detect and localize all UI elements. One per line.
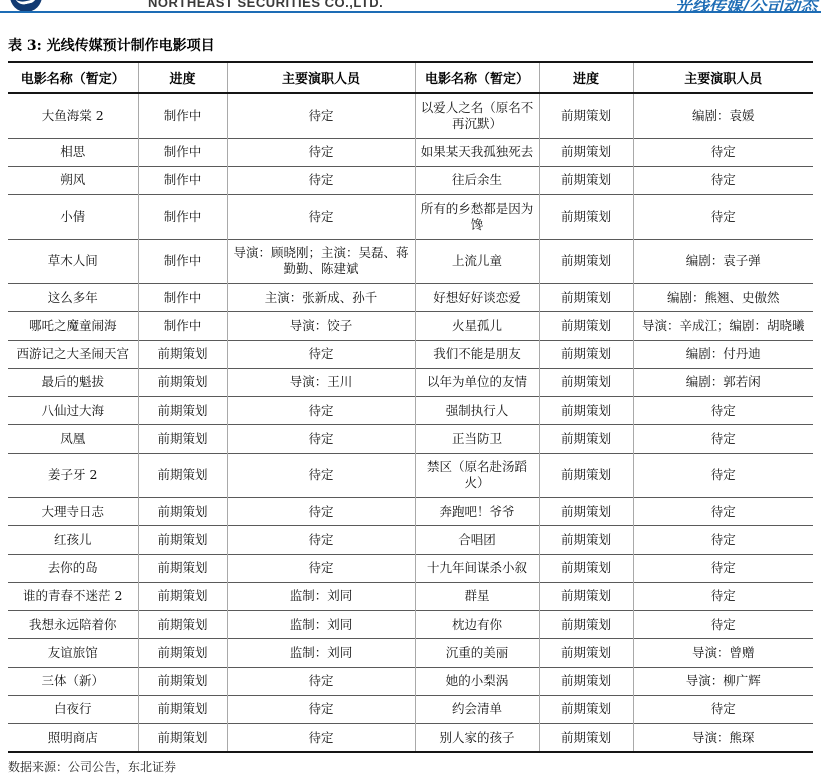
report-page: NORTHEAST SECURITIES CO.,LTD. 光线传媒/公司动态 … xyxy=(0,0,821,778)
table-cell: 最后的魁拔 xyxy=(8,368,138,396)
column-header: 进度 xyxy=(138,62,227,93)
table-cell: 草木人间 xyxy=(8,239,138,284)
table-cell: 八仙过大海 xyxy=(8,397,138,425)
table-row: 照明商店前期策划待定别人家的孩子前期策划导演：熊琛 xyxy=(8,724,813,753)
table-cell: 前期策划 xyxy=(539,425,633,453)
table-cell: 我们不能是朋友 xyxy=(415,340,539,368)
northeast-securities-globe-icon xyxy=(10,0,42,11)
table-cell: 导演：顾晓刚；主演：吴磊、蒋勤勤、陈建斌 xyxy=(227,239,415,284)
table-cell: 待定 xyxy=(633,498,813,526)
table-cell: 待定 xyxy=(227,498,415,526)
table-cell: 待定 xyxy=(633,453,813,498)
table-cell: 白夜行 xyxy=(8,695,138,723)
table-cell: 导演：曾赠 xyxy=(633,639,813,667)
table-cell: 前期策划 xyxy=(539,239,633,284)
table-cell: 前期策划 xyxy=(138,498,227,526)
table-cell: 大理寺日志 xyxy=(8,498,138,526)
table-row: 最后的魁拔前期策划导演：王川以年为单位的友情前期策划编剧：郭若闲 xyxy=(8,368,813,396)
table-cell: 西游记之大圣闹天宫 xyxy=(8,340,138,368)
table-cell: 以爱人之名（原名不再沉默） xyxy=(415,93,539,138)
table-cell: 待定 xyxy=(633,166,813,194)
table-cell: 前期策划 xyxy=(138,453,227,498)
table-cell: 监制：刘同 xyxy=(227,639,415,667)
table-cell: 姜子牙 2 xyxy=(8,453,138,498)
table-cell: 前期策划 xyxy=(539,397,633,425)
report-body: 表 3: 光线传媒预计制作电影项目 电影名称（暂定）进度主要演职人员电影名称（暂… xyxy=(0,35,821,775)
table-row: 友谊旅馆前期策划监制：刘同沉重的美丽前期策划导演：曾赠 xyxy=(8,639,813,667)
table-cell: 编剧：袁媛 xyxy=(633,93,813,138)
table-cell: 导演：王川 xyxy=(227,368,415,396)
table-cell: 待定 xyxy=(227,93,415,138)
table-cell: 约会清单 xyxy=(415,695,539,723)
table-row: 这么多年制作中主演：张新成、孙千好想好好谈恋爱前期策划编剧：熊翘、史傲然 xyxy=(8,284,813,312)
report-header: NORTHEAST SECURITIES CO.,LTD. 光线传媒/公司动态 xyxy=(0,0,821,11)
column-header: 进度 xyxy=(539,62,633,93)
table-cell: 我想永远陪着你 xyxy=(8,611,138,639)
table-cell: 哪吒之魔童闹海 xyxy=(8,312,138,340)
table-cell: 火星孤儿 xyxy=(415,312,539,340)
table-cell: 照明商店 xyxy=(8,724,138,753)
column-header: 主要演职人员 xyxy=(633,62,813,93)
table-cell: 前期策划 xyxy=(539,526,633,554)
table-row: 草木人间制作中导演：顾晓刚；主演：吴磊、蒋勤勤、陈建斌上流儿童前期策划编剧：袁子… xyxy=(8,239,813,284)
table-cell: 前期策划 xyxy=(539,195,633,240)
table-row: 朔风制作中待定往后余生前期策划待定 xyxy=(8,166,813,194)
table-cell: 待定 xyxy=(633,554,813,582)
table-row: 八仙过大海前期策划待定强制执行人前期策划待定 xyxy=(8,397,813,425)
table-cell: 凤凰 xyxy=(8,425,138,453)
table-cell: 待定 xyxy=(227,340,415,368)
table-row: 相思制作中待定如果某天我孤独死去前期策划待定 xyxy=(8,138,813,166)
table-cell: 前期策划 xyxy=(138,340,227,368)
table-cell: 待定 xyxy=(227,526,415,554)
table-cell: 制作中 xyxy=(138,239,227,284)
movie-projects-table: 电影名称（暂定）进度主要演职人员电影名称（暂定）进度主要演职人员 大鱼海棠 2制… xyxy=(8,61,813,753)
table-cell: 禁区（原名赴汤蹈火） xyxy=(415,453,539,498)
table-cell: 监制：刘同 xyxy=(227,582,415,610)
table-cell: 奔跑吧！爷爷 xyxy=(415,498,539,526)
table-row: 三体（新）前期策划待定她的小梨涡前期策划导演：柳广辉 xyxy=(8,667,813,695)
table-cell: 前期策划 xyxy=(138,526,227,554)
table-cell: 前期策划 xyxy=(138,582,227,610)
table-cell: 前期策划 xyxy=(539,340,633,368)
table-row: 大鱼海棠 2制作中待定以爱人之名（原名不再沉默）前期策划编剧：袁媛 xyxy=(8,93,813,138)
table-cell: 制作中 xyxy=(138,93,227,138)
table-cell: 制作中 xyxy=(138,138,227,166)
table-cell: 合唱团 xyxy=(415,526,539,554)
table-cell: 前期策划 xyxy=(539,498,633,526)
table-cell: 待定 xyxy=(633,138,813,166)
table-row: 西游记之大圣闹天宫前期策划待定我们不能是朋友前期策划编剧：付丹迪 xyxy=(8,340,813,368)
table-cell: 待定 xyxy=(227,554,415,582)
table-cell: 前期策划 xyxy=(539,93,633,138)
report-section-tag: 光线传媒/公司动态 xyxy=(675,0,817,11)
table-cell: 以年为单位的友情 xyxy=(415,368,539,396)
table-cell: 朔风 xyxy=(8,166,138,194)
table-cell: 导演：辛成江；编剧：胡晓曦 xyxy=(633,312,813,340)
table-cell: 前期策划 xyxy=(138,368,227,396)
table-cell: 制作中 xyxy=(138,312,227,340)
table-cell: 正当防卫 xyxy=(415,425,539,453)
table-cell: 三体（新） xyxy=(8,667,138,695)
table-cell: 导演：熊琛 xyxy=(633,724,813,753)
column-header: 电影名称（暂定） xyxy=(8,62,138,93)
table-cell: 前期策划 xyxy=(138,554,227,582)
table-cell: 前期策划 xyxy=(539,582,633,610)
header-divider xyxy=(0,11,821,13)
table-cell: 往后余生 xyxy=(415,166,539,194)
table-row: 我想永远陪着你前期策划监制：刘同枕边有你前期策划待定 xyxy=(8,611,813,639)
table-cell: 上流儿童 xyxy=(415,239,539,284)
table-cell: 待定 xyxy=(227,138,415,166)
table-cell: 前期策划 xyxy=(539,695,633,723)
table-row: 去你的岛前期策划待定十九年间谋杀小叙前期策划待定 xyxy=(8,554,813,582)
table-cell: 待定 xyxy=(227,166,415,194)
table-cell: 待定 xyxy=(227,667,415,695)
data-source-note: 数据来源：公司公告，东北证券 xyxy=(8,758,821,775)
table-cell: 编剧：郭若闲 xyxy=(633,368,813,396)
table-row: 小倩制作中待定所有的乡愁都是因为馋前期策划待定 xyxy=(8,195,813,240)
column-header: 主要演职人员 xyxy=(227,62,415,93)
table-cell: 前期策划 xyxy=(539,312,633,340)
table-cell: 待定 xyxy=(633,425,813,453)
table-cell: 待定 xyxy=(633,582,813,610)
table-row: 凤凰前期策划待定正当防卫前期策划待定 xyxy=(8,425,813,453)
table-cell: 沉重的美丽 xyxy=(415,639,539,667)
table-cell: 枕边有你 xyxy=(415,611,539,639)
table-cell: 编剧：熊翘、史傲然 xyxy=(633,284,813,312)
table-cell: 前期策划 xyxy=(138,425,227,453)
table-cell: 前期策划 xyxy=(138,695,227,723)
table-cell: 她的小梨涡 xyxy=(415,667,539,695)
table-cell: 制作中 xyxy=(138,195,227,240)
table-header-row: 电影名称（暂定）进度主要演职人员电影名称（暂定）进度主要演职人员 xyxy=(8,62,813,93)
table-row: 红孩儿前期策划待定合唱团前期策划待定 xyxy=(8,526,813,554)
column-header: 电影名称（暂定） xyxy=(415,62,539,93)
table-cell: 制作中 xyxy=(138,166,227,194)
table-cell: 待定 xyxy=(633,195,813,240)
table-cell: 前期策划 xyxy=(539,639,633,667)
table-cell: 前期策划 xyxy=(539,368,633,396)
table-cell: 前期策划 xyxy=(138,724,227,753)
table-cell: 待定 xyxy=(227,397,415,425)
table-cell: 前期策划 xyxy=(138,397,227,425)
table-cell: 好想好好谈恋爱 xyxy=(415,284,539,312)
table-cell: 小倩 xyxy=(8,195,138,240)
logo-company-name: NORTHEAST SECURITIES CO.,LTD. xyxy=(148,0,383,10)
table-cell: 群星 xyxy=(415,582,539,610)
table-cell: 前期策划 xyxy=(539,611,633,639)
table-cell: 如果某天我孤独死去 xyxy=(415,138,539,166)
table-cell: 前期策划 xyxy=(539,453,633,498)
table-cell: 去你的岛 xyxy=(8,554,138,582)
table-cell: 大鱼海棠 2 xyxy=(8,93,138,138)
table-cell: 这么多年 xyxy=(8,284,138,312)
table-cell: 红孩儿 xyxy=(8,526,138,554)
table-cell: 前期策划 xyxy=(539,166,633,194)
table-row: 白夜行前期策划待定约会清单前期策划待定 xyxy=(8,695,813,723)
table-cell: 待定 xyxy=(633,526,813,554)
table-cell: 别人家的孩子 xyxy=(415,724,539,753)
table-cell: 待定 xyxy=(633,695,813,723)
table-cell: 监制：刘同 xyxy=(227,611,415,639)
table-title: 表 3: 光线传媒预计制作电影项目 xyxy=(8,35,821,55)
table-cell: 待定 xyxy=(633,397,813,425)
table-cell: 编剧：付丹迪 xyxy=(633,340,813,368)
table-cell: 友谊旅馆 xyxy=(8,639,138,667)
table-cell: 谁的青春不迷茫 2 xyxy=(8,582,138,610)
table-cell: 相思 xyxy=(8,138,138,166)
table-cell: 前期策划 xyxy=(138,639,227,667)
table-cell: 前期策划 xyxy=(539,284,633,312)
table-cell: 制作中 xyxy=(138,284,227,312)
table-cell: 待定 xyxy=(633,611,813,639)
table-cell: 待定 xyxy=(227,425,415,453)
table-cell: 前期策划 xyxy=(539,667,633,695)
table-cell: 待定 xyxy=(227,195,415,240)
table-row: 大理寺日志前期策划待定奔跑吧！爷爷前期策划待定 xyxy=(8,498,813,526)
table-cell: 前期策划 xyxy=(539,554,633,582)
table-cell: 待定 xyxy=(227,724,415,753)
table-row: 谁的青春不迷茫 2前期策划监制：刘同群星前期策划待定 xyxy=(8,582,813,610)
table-cell: 强制执行人 xyxy=(415,397,539,425)
table-cell: 前期策划 xyxy=(138,667,227,695)
table-cell: 前期策划 xyxy=(539,724,633,753)
table-body: 大鱼海棠 2制作中待定以爱人之名（原名不再沉默）前期策划编剧：袁媛相思制作中待定… xyxy=(8,93,813,752)
table-cell: 待定 xyxy=(227,453,415,498)
table-cell: 所有的乡愁都是因为馋 xyxy=(415,195,539,240)
table-row: 姜子牙 2前期策划待定禁区（原名赴汤蹈火）前期策划待定 xyxy=(8,453,813,498)
table-cell: 待定 xyxy=(227,695,415,723)
table-cell: 主演：张新成、孙千 xyxy=(227,284,415,312)
table-cell: 前期策划 xyxy=(539,138,633,166)
table-cell: 十九年间谋杀小叙 xyxy=(415,554,539,582)
table-row: 哪吒之魔童闹海制作中导演：饺子火星孤儿前期策划导演：辛成江；编剧：胡晓曦 xyxy=(8,312,813,340)
table-cell: 导演：柳广辉 xyxy=(633,667,813,695)
table-cell: 导演：饺子 xyxy=(227,312,415,340)
table-cell: 前期策划 xyxy=(138,611,227,639)
table-cell: 编剧：袁子弹 xyxy=(633,239,813,284)
